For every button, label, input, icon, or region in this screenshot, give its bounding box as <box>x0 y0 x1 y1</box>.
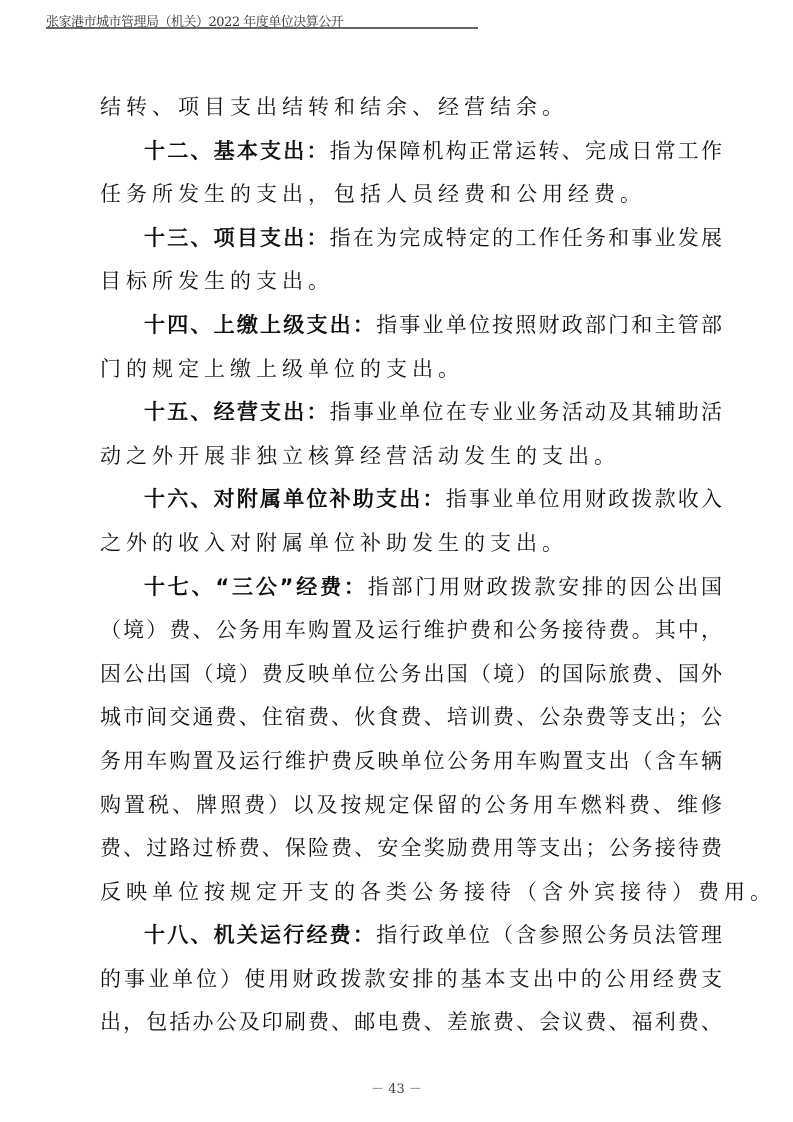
line-text: 费、过路过桥费、保险费、安全奖励费用等支出；公务接待费 <box>100 836 722 860</box>
line-text: （境）费、公务用车购置及运行维护费和公务接待费。其中， <box>100 618 722 642</box>
line-text: 因公出国（境）费反映单位公务出国（境）的国际旅费、国外 <box>100 662 722 686</box>
line-text: 出，包括办公及印刷费、邮电费、差旅费、会议费、福利费、 <box>100 1010 722 1034</box>
line-text: 指为保障机构正常运转、完成日常工作 <box>330 139 722 163</box>
line-text: 结转、项目支出结转和结余、经营结余。 <box>100 95 568 119</box>
line-text: 的事业单位）使用财政拨款安排的基本支出中的公用经费支 <box>100 967 722 991</box>
paragraph-line: 结转、项目支出结转和结余、经营结余。 <box>100 92 722 136</box>
paragraph-heading-line: 十八、机关运行经费：指行政单位（含参照公务员法管理 <box>100 920 722 964</box>
paragraph-heading-line: 十三、项目支出：指在为完成特定的工作任务和事业发展 <box>100 223 722 267</box>
paragraph-line: 费、过路过桥费、保险费、安全奖励费用等支出；公务接待费 <box>100 833 722 877</box>
paragraph-line: 动之外开展非独立核算经营活动发生的支出。 <box>100 441 722 485</box>
line-text: 门的规定上缴上级单位的支出。 <box>100 357 464 381</box>
paragraph-line: 城市间交通费、住宿费、伙食费、培训费、公杂费等支出；公 <box>100 702 722 746</box>
line-text: 指行政单位（含参照公务员法管理 <box>376 923 722 947</box>
paragraph-heading-line: 十二、基本支出：指为保障机构正常运转、完成日常工作 <box>100 136 722 180</box>
paragraph-line: 购置税、牌照费）以及按规定保留的公务用车燃料费、维修 <box>100 790 722 834</box>
line-text: 务用车购置及运行维护费反映单位公务用车购置支出（含车辆 <box>100 749 722 773</box>
paragraph-line: （境）费、公务用车购置及运行维护费和公务接待费。其中， <box>100 615 722 659</box>
paragraph-heading-line: 十六、对附属单位补助支出：指事业单位用财政拨款收入 <box>100 484 722 528</box>
paragraph-line: 的事业单位）使用财政拨款安排的基本支出中的公用经费支 <box>100 964 722 1008</box>
line-text: 城市间交通费、住宿费、伙食费、培训费、公杂费等支出；公 <box>100 705 722 729</box>
term-label: 十四、上缴上级支出： <box>144 313 376 337</box>
term-label: 十八、机关运行经费： <box>144 923 376 947</box>
line-text: 目标所发生的支出。 <box>100 269 334 293</box>
document-body: 结转、项目支出结转和结余、经营结余。十二、基本支出：指为保障机构正常运转、完成日… <box>100 92 722 1051</box>
paragraph-line: 目标所发生的支出。 <box>100 266 722 310</box>
line-text: 指事业单位在专业业务活动及其辅助活 <box>330 400 722 424</box>
term-label: 十六、对附属单位补助支出： <box>144 487 446 511</box>
line-text: 指事业单位按照财政部门和主管部 <box>376 313 722 337</box>
paragraph-line: 务用车购置及运行维护费反映单位公务用车购置支出（含车辆 <box>100 746 722 790</box>
term-label: 十二、基本支出： <box>144 139 330 163</box>
header-rule <box>46 27 478 29</box>
paragraph-line: 之外的收入对附属单位补助发生的支出。 <box>100 528 722 572</box>
paragraph-line: 因公出国（境）费反映单位公务出国（境）的国际旅费、国外 <box>100 659 722 703</box>
line-text: 指在为完成特定的工作任务和事业发展 <box>330 226 722 250</box>
line-text: 之外的收入对附属单位补助发生的支出。 <box>100 531 568 555</box>
line-text: 动之外开展非独立核算经营活动发生的支出。 <box>100 444 620 468</box>
line-text: 任务所发生的支出，包括人员经费和公用经费。 <box>100 182 646 206</box>
paragraph-heading-line: 十四、上缴上级支出：指事业单位按照财政部门和主管部 <box>100 310 722 354</box>
paragraph-heading-line: 十五、经营支出：指事业单位在专业业务活动及其辅助活 <box>100 397 722 441</box>
line-text: 反映单位按规定开支的各类公务接待（含外宾接待）费用。 <box>100 880 776 904</box>
line-text: 购置税、牌照费）以及按规定保留的公务用车燃料费、维修 <box>100 793 722 817</box>
line-text: 指部门用财政拨款安排的因公出国 <box>368 575 722 599</box>
term-label: 十三、项目支出： <box>144 226 330 250</box>
term-label: 十七、“三公”经费： <box>144 575 368 599</box>
page-number: － 43 － <box>0 1078 793 1097</box>
paragraph-line: 任务所发生的支出，包括人员经费和公用经费。 <box>100 179 722 223</box>
paragraph-line: 门的规定上缴上级单位的支出。 <box>100 354 722 398</box>
term-label: 十五、经营支出： <box>144 400 330 424</box>
line-text: 指事业单位用财政拨款收入 <box>446 487 722 511</box>
paragraph-line: 出，包括办公及印刷费、邮电费、差旅费、会议费、福利费、 <box>100 1007 722 1051</box>
paragraph-heading-line: 十七、“三公”经费：指部门用财政拨款安排的因公出国 <box>100 572 722 616</box>
paragraph-line: 反映单位按规定开支的各类公务接待（含外宾接待）费用。 <box>100 877 722 921</box>
